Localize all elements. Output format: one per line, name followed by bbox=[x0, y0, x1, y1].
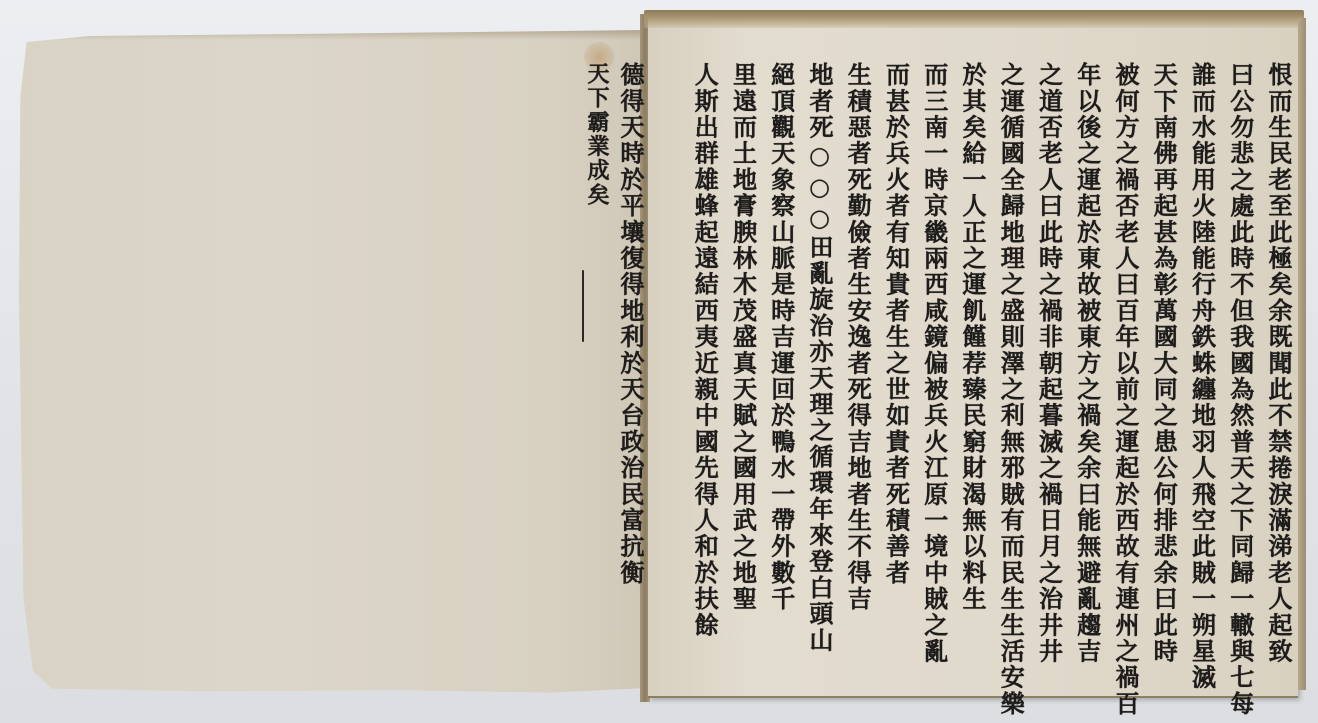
right-page-text: 恨而生民老至此極矣余既聞此不禁捲淚滿涕老人起致 曰公勿悲之處此時不但我國為然普天… bbox=[678, 62, 1290, 682]
text-column: 誰而水能用火陸能行舟鉄蛛纏地羽人飛空此賊一朔星滅 bbox=[1175, 62, 1213, 691]
text-column: 年以後之運起於東故被東方之禍矣余曰能無避亂趨吉 bbox=[1061, 62, 1099, 665]
text-column: 地者死○○○田亂旋治亦天理之循環年來登白頭山 bbox=[793, 62, 831, 653]
text-column: 里遠而土地膏腴林木茂盛真天賦之國用武之地聖 bbox=[716, 62, 754, 612]
closing-stroke-mark bbox=[582, 270, 584, 342]
text-column: 德得天時於平壤復得地利於天台政治民富抗衡 bbox=[608, 62, 642, 586]
text-column: 之道否老人曰此時之禍非朝起暮滅之禍日月之治井井 bbox=[1022, 62, 1060, 665]
text-column: 被何方之禍否老人曰百年以前之運起於西故有連州之禍百 bbox=[1099, 62, 1137, 717]
text-column: 於其矣給一人正之運飢饉荐臻民窮財渴無以料生 bbox=[946, 62, 984, 612]
text-column: 而甚於兵火者有知貴者生之世如貴者死積善者 bbox=[869, 62, 907, 586]
text-column: 恨而生民老至此極矣余既聞此不禁捲淚滿涕老人起致 bbox=[1252, 62, 1290, 665]
text-column: 而三南一時京畿兩西咸鏡偏被兵火江原一境中賊之亂 bbox=[908, 62, 946, 665]
text-column: 生積惡者死勤儉者生安逸者死得吉地者生不得吉 bbox=[831, 62, 869, 612]
text-column: 絕頂觀天象察山脈是時吉運回於鴨水一帶外數千 bbox=[755, 62, 793, 612]
text-column: 天下南佛再起甚為彰萬國大同之患公何排悲余曰此時 bbox=[1137, 62, 1175, 665]
left-page-text: 德得天時於平壤復得地利於天台政治民富抗衡 天下霸業成矣 bbox=[570, 62, 642, 682]
left-page bbox=[14, 30, 646, 698]
text-column: 天下霸業成矣 bbox=[574, 62, 608, 207]
text-column: 之運循國全歸地理之盛則澤之利無邪賊有而民生生活安樂 bbox=[984, 62, 1022, 717]
text-column: 人斯出群雄蜂起遠結西夷近親中國先得人和於扶餘 bbox=[678, 62, 716, 638]
text-column: 曰公勿悲之處此時不但我國為然普天之下同歸一轍與七每 bbox=[1214, 62, 1252, 717]
